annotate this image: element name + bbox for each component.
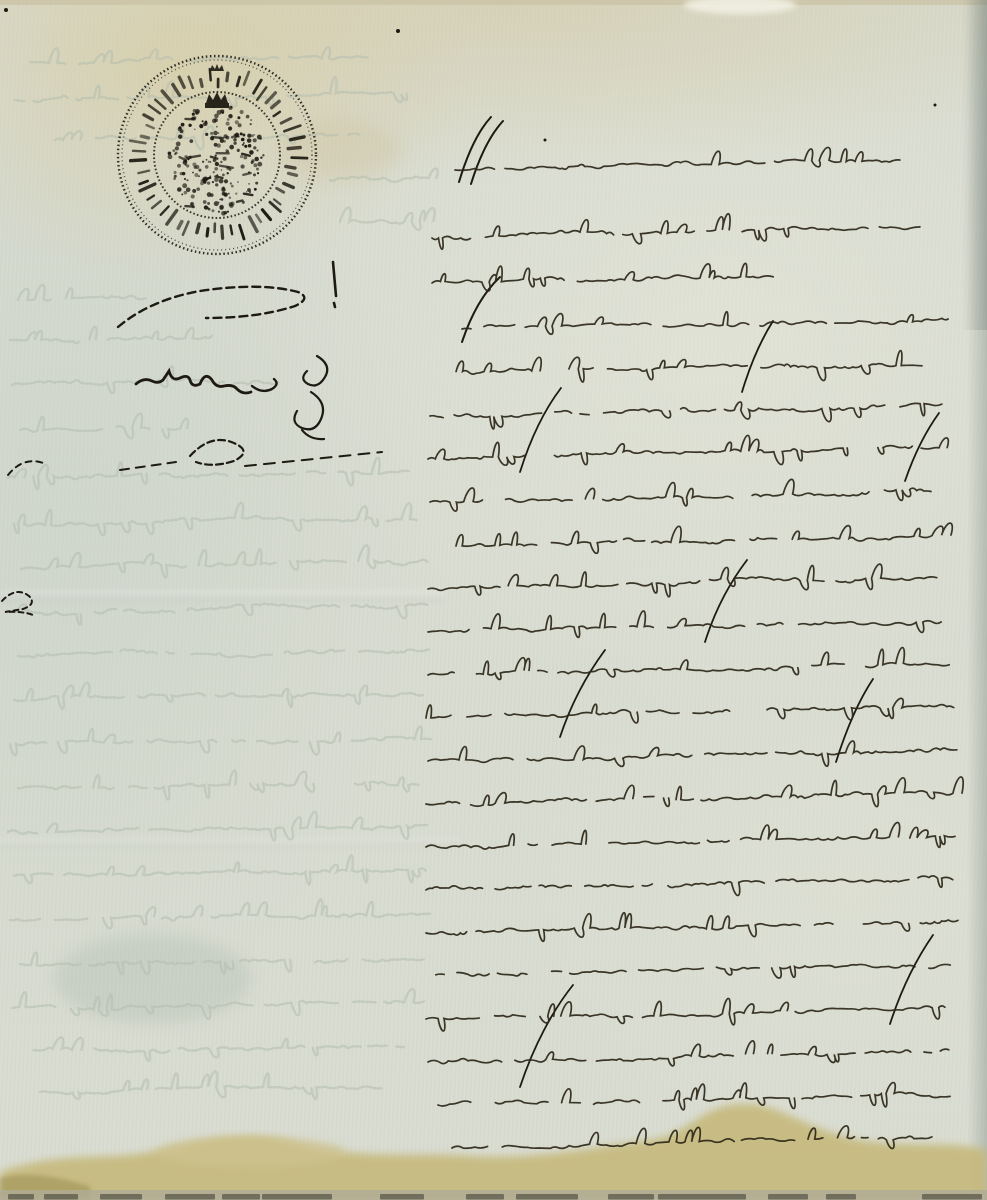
ink-layer xyxy=(0,0,987,1200)
bleedthrough-line xyxy=(21,544,428,579)
manuscript-line xyxy=(430,398,942,431)
bleedthrough-line xyxy=(18,283,146,301)
manuscript-line xyxy=(462,306,949,337)
manuscript-column xyxy=(426,146,964,1158)
manuscript-line xyxy=(436,962,951,985)
bleedthrough-line xyxy=(10,724,432,759)
manuscript-line xyxy=(456,521,953,557)
manuscript-line xyxy=(455,146,900,175)
bottom-edge-dash xyxy=(608,1194,654,1200)
bottom-edge-dash xyxy=(516,1194,578,1200)
exclamation-stroke xyxy=(333,262,336,307)
bottom-edge-dash xyxy=(922,1194,982,1200)
bleedthrough-line xyxy=(16,599,428,626)
flourish-dash-3 xyxy=(245,452,382,466)
manuscript-line xyxy=(426,875,953,902)
seal-stamp xyxy=(118,56,316,254)
manuscript-line xyxy=(428,1037,949,1071)
rubric-s-curl xyxy=(294,356,327,439)
seal-legend-crown-icon xyxy=(210,64,224,71)
manuscript-line xyxy=(432,260,774,292)
bottom-edge-dash xyxy=(165,1194,215,1200)
bleedthrough-line xyxy=(340,206,435,231)
bottom-page-edge xyxy=(0,1190,987,1200)
manuscript-line xyxy=(428,647,950,683)
seal-crest xyxy=(168,92,265,216)
ink-speck xyxy=(396,29,400,33)
bleedthrough-line xyxy=(18,645,429,660)
bleedthrough-line xyxy=(20,947,424,976)
bottom-edge-dash xyxy=(466,1194,504,1200)
bleedthrough-line xyxy=(10,325,212,344)
bleedthrough-line xyxy=(14,678,423,711)
ascender-slash-4 xyxy=(742,321,773,392)
manuscript-line xyxy=(426,994,945,1031)
manuscript-line xyxy=(428,431,949,472)
seal-inner-ring xyxy=(154,92,280,218)
bleedthrough-line xyxy=(10,898,430,930)
ink-specks xyxy=(4,8,937,142)
manuscript-line xyxy=(426,777,964,817)
bottom-edge-dash xyxy=(658,1194,746,1200)
bleedthrough-line xyxy=(14,854,426,888)
seal-crown-icon xyxy=(206,92,228,103)
bleedthrough-line xyxy=(8,457,409,490)
ascender-slash-7 xyxy=(705,560,747,642)
bottom-edge-dash xyxy=(222,1194,260,1200)
manuscript-line xyxy=(426,906,959,944)
flourish-loop xyxy=(190,440,244,465)
bleedthrough-layer xyxy=(8,44,438,1103)
ascender-slash-3 xyxy=(462,277,500,342)
bleedthrough-line xyxy=(40,1069,382,1103)
ascender-slash-2 xyxy=(471,121,503,184)
bottom-edge-dash xyxy=(262,1194,332,1200)
bleedthrough-line xyxy=(12,987,424,1022)
bottom-edge-dash xyxy=(826,1194,856,1200)
manuscript-line xyxy=(428,605,942,643)
ink-speck xyxy=(4,8,8,12)
manuscript-line xyxy=(438,1079,951,1117)
paraph-loop xyxy=(118,287,304,327)
bottom-edge-dash xyxy=(100,1194,142,1200)
ascender-slash-5 xyxy=(520,388,561,472)
page-scan xyxy=(0,0,987,1200)
bottom-edge-dash xyxy=(8,1194,34,1200)
bottom-edge-dash xyxy=(380,1194,424,1200)
bottom-edge-dash xyxy=(768,1194,808,1200)
ascender-slash-8 xyxy=(560,650,605,737)
bleedthrough-line xyxy=(330,168,438,182)
ink-speck xyxy=(544,139,547,142)
docket-scribble xyxy=(136,371,251,393)
ink-speck xyxy=(934,104,937,107)
bleedthrough-line xyxy=(33,1033,404,1063)
manuscript-line xyxy=(426,821,956,858)
manuscript-line xyxy=(432,209,936,249)
bleedthrough-line xyxy=(14,500,417,536)
ascender-slash-10 xyxy=(520,985,573,1087)
manuscript-line xyxy=(428,736,957,774)
water-stain xyxy=(0,1104,987,1200)
manuscript-line xyxy=(426,694,954,729)
manuscript-line xyxy=(430,476,932,511)
manuscript-line xyxy=(428,563,951,602)
bleedthrough-line xyxy=(8,810,428,844)
bleedthrough-line xyxy=(18,768,419,802)
manuscript-line xyxy=(456,349,931,388)
bottom-edge-dash xyxy=(44,1194,78,1200)
bleedthrough-line xyxy=(20,413,197,440)
flourish-dash-2 xyxy=(120,462,176,470)
rubric-flourishes xyxy=(2,117,939,1087)
